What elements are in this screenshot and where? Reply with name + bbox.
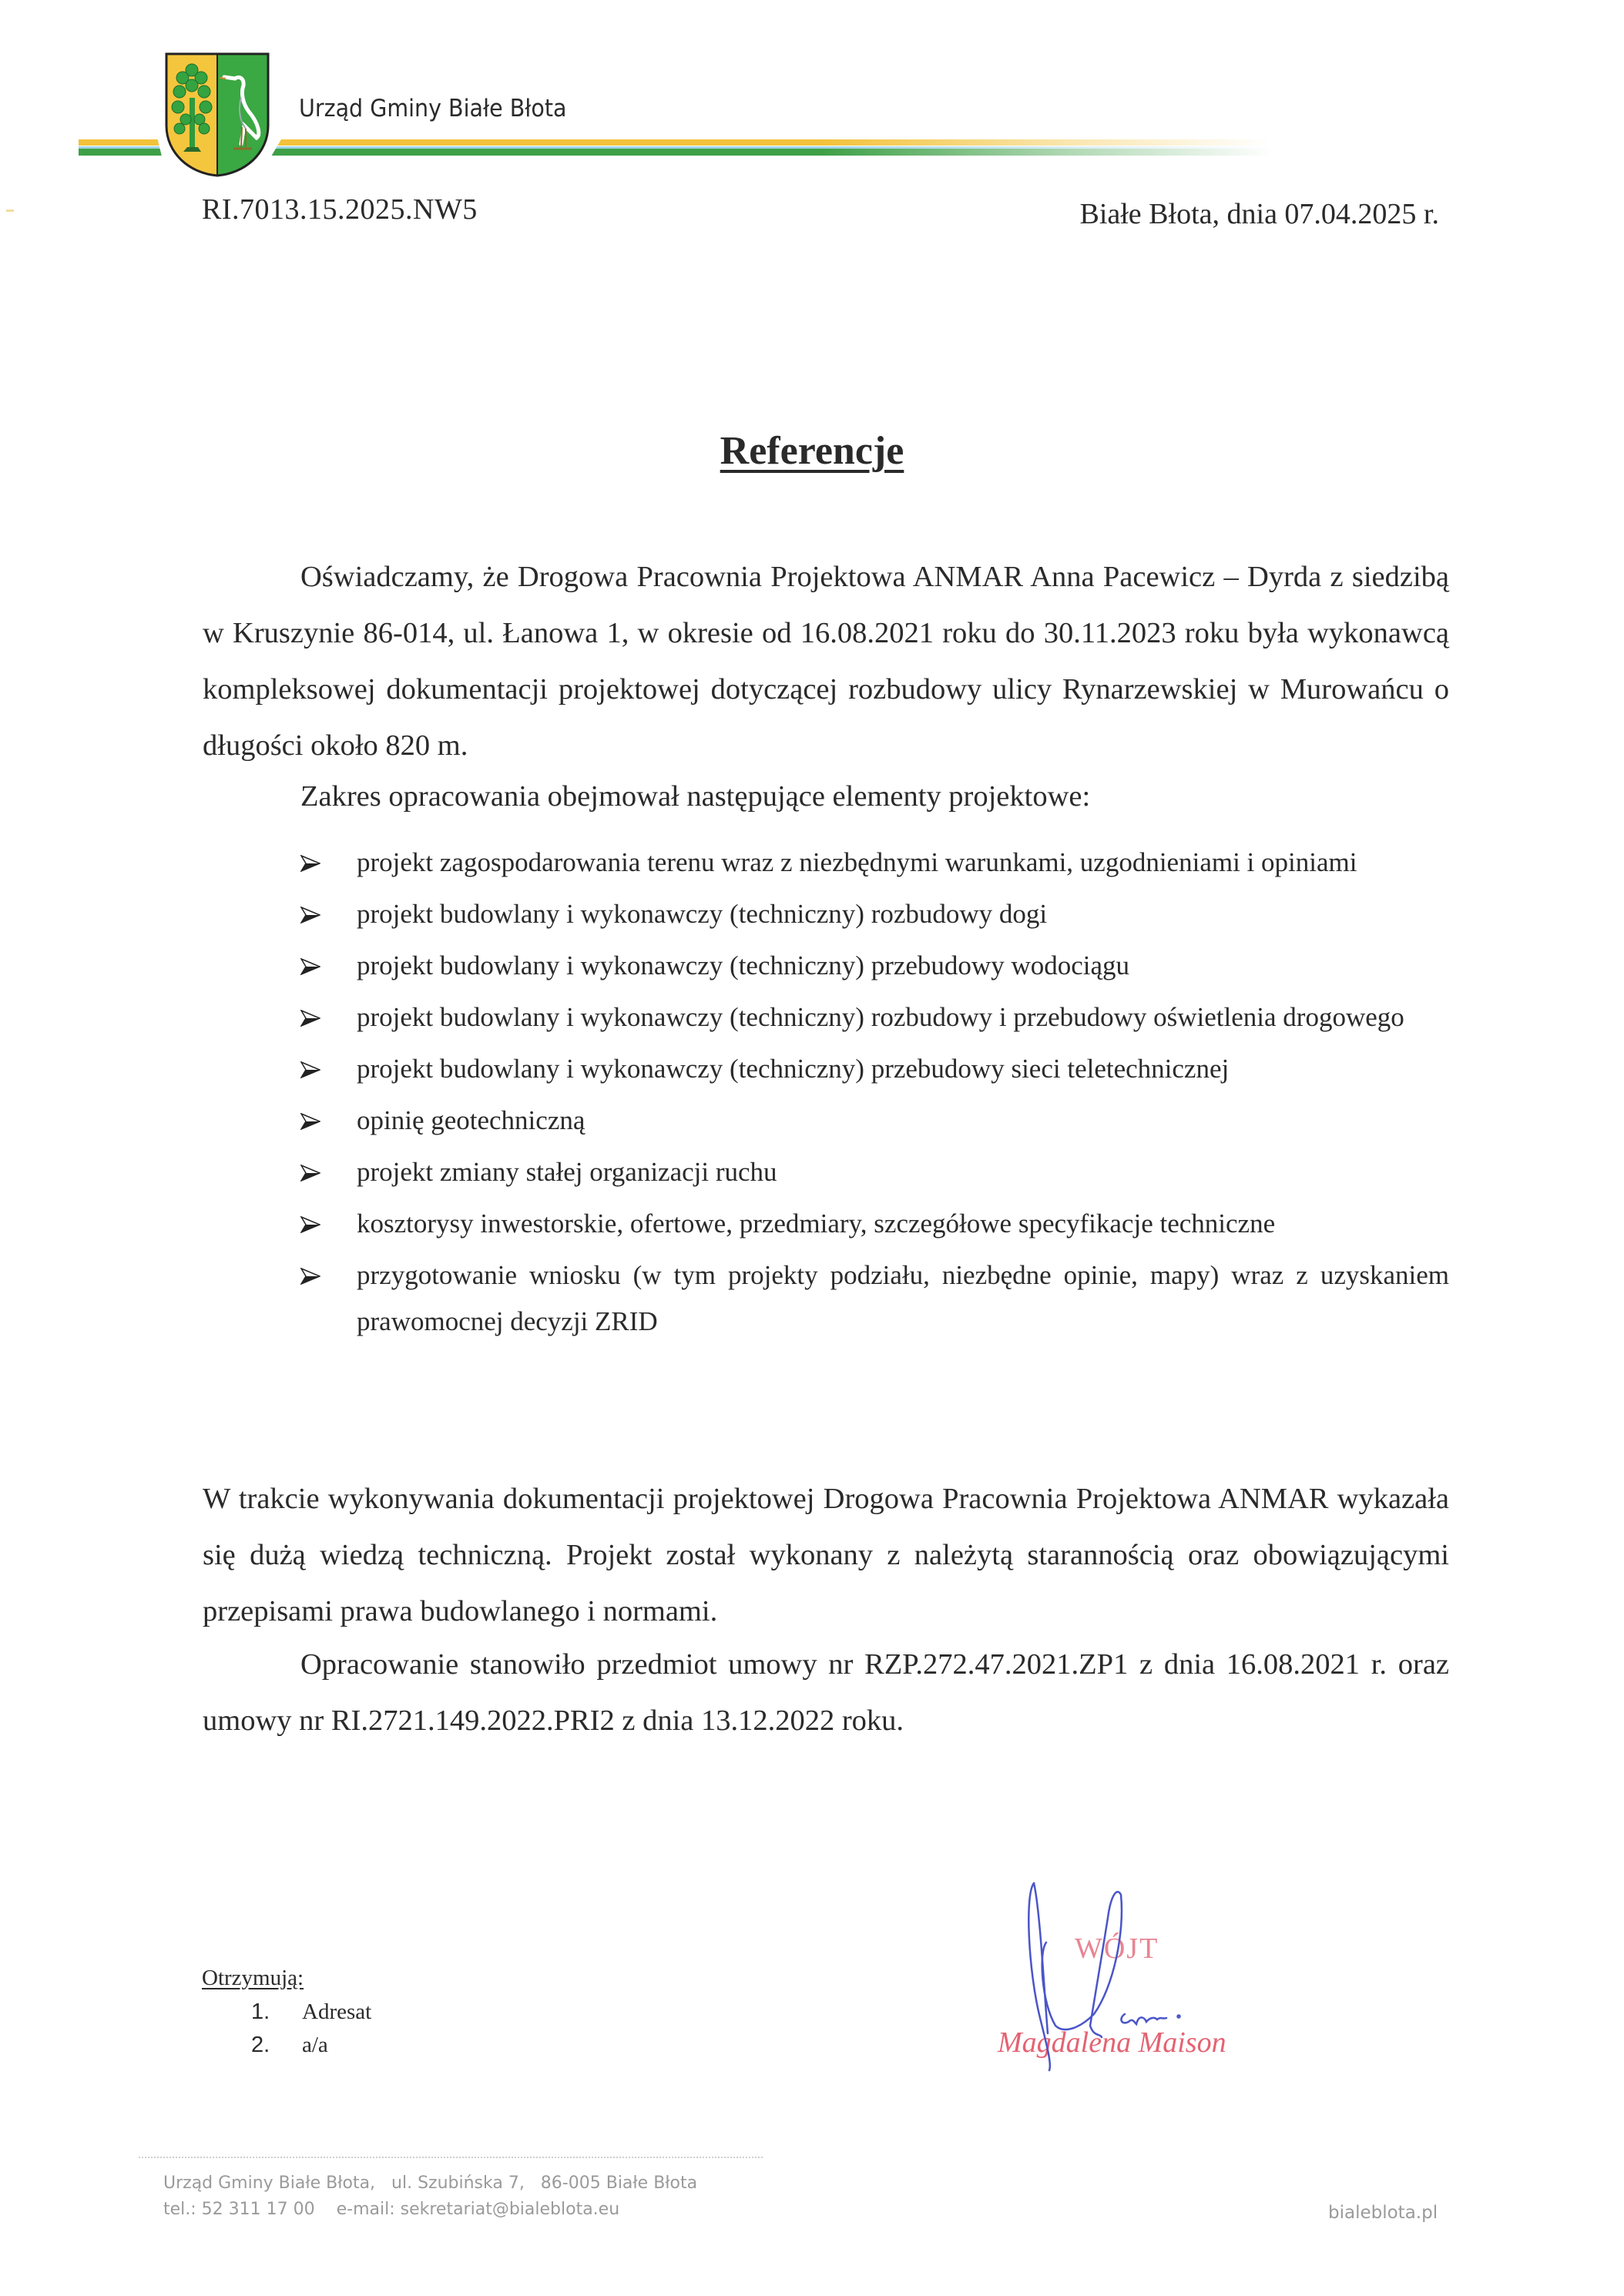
document-title: Referencje — [0, 428, 1624, 474]
recipient-item: 2.a/a — [251, 2033, 371, 2066]
arrow-bullet-icon — [300, 907, 320, 923]
scope-list: projekt zagospodarowania terenu wraz z n… — [300, 840, 1449, 1350]
list-item: projekt budowlany i wykonawczy (technicz… — [300, 943, 1449, 989]
arrow-bullet-icon — [300, 1268, 320, 1285]
recipient-name: a/a — [302, 2033, 328, 2066]
document-title-text: Referencje — [720, 429, 904, 473]
footer-divider — [139, 2157, 763, 2158]
coat-of-arms-icon — [164, 52, 270, 178]
list-item: przygotowanie wniosku (w tym projekty po… — [300, 1252, 1449, 1345]
scan-artifact — [6, 209, 14, 212]
footer-address: Urząd Gminy Białe Błota, ul. Szubińska 7… — [163, 2174, 697, 2193]
list-item-text: projekt budowlany i wykonawczy (technicz… — [357, 899, 1047, 929]
paragraph-statement: Oświadczamy, że Drogowa Pracownia Projek… — [203, 549, 1449, 774]
recipient-name: Adresat — [302, 1999, 371, 2033]
arrow-bullet-icon — [300, 1165, 320, 1182]
list-item: opinię geotechniczną — [300, 1098, 1449, 1144]
header-stripe-left — [79, 139, 162, 156]
recipient-number: 2. — [251, 2033, 302, 2066]
list-item-text: przygotowanie wniosku (w tym projekty po… — [357, 1260, 1449, 1336]
list-item: projekt zmiany stałej organizacji ruchu — [300, 1149, 1449, 1195]
list-item-text: opinię geotechniczną — [357, 1105, 585, 1135]
paragraph-contracts: Opracowanie stanowiło przedmiot umowy nr… — [203, 1637, 1449, 1749]
list-item-text: projekt budowlany i wykonawczy (technicz… — [357, 1002, 1404, 1032]
list-item-text: projekt zmiany stałej organizacji ruchu — [357, 1157, 777, 1187]
header-stripe-right — [271, 139, 1273, 156]
recipient-number: 1. — [251, 1999, 302, 2033]
list-item-text: kosztorysy inwestorskie, ofertowe, przed… — [357, 1208, 1275, 1238]
arrow-bullet-icon — [300, 958, 320, 975]
arrow-bullet-icon — [300, 855, 320, 872]
list-item: kosztorysy inwestorskie, ofertowe, przed… — [300, 1201, 1449, 1247]
recipients-label: Otrzymują: — [202, 1966, 304, 1991]
recipients-list: 1.Adresat 2.a/a — [251, 1999, 371, 2066]
reference-number: RI.7013.15.2025.NW5 — [202, 193, 478, 226]
footer-contact: tel.: 52 311 17 00 e-mail: sekretariat@b… — [163, 2200, 619, 2219]
list-item: projekt budowlany i wykonawczy (technicz… — [300, 1046, 1449, 1092]
list-item: projekt budowlany i wykonawczy (technicz… — [300, 891, 1449, 937]
list-item-text: projekt budowlany i wykonawczy (technicz… — [357, 950, 1129, 980]
list-item-text: projekt zagospodarowania terenu wraz z n… — [357, 847, 1357, 877]
place-and-date: Białe Błota, dnia 07.04.2025 r. — [1079, 197, 1439, 231]
scope-intro: Zakres opracowania obejmował następujące… — [300, 779, 1090, 813]
organization-name: Urząd Gminy Białe Błota — [299, 95, 567, 122]
footer-website-link[interactable]: bialeblota.pl — [1328, 2203, 1438, 2223]
list-item: projekt budowlany i wykonawczy (technicz… — [300, 994, 1449, 1041]
paragraph-assessment: W trakcie wykonywania dokumentacji proje… — [203, 1471, 1449, 1640]
arrow-bullet-icon — [300, 1061, 320, 1078]
recipient-item: 1.Adresat — [251, 1999, 371, 2033]
handwritten-signature-icon — [986, 1879, 1263, 2095]
arrow-bullet-icon — [300, 1010, 320, 1027]
arrow-bullet-icon — [300, 1113, 320, 1130]
list-item: projekt zagospodarowania terenu wraz z n… — [300, 840, 1449, 886]
arrow-bullet-icon — [300, 1216, 320, 1233]
list-item-text: projekt budowlany i wykonawczy (technicz… — [357, 1054, 1229, 1084]
